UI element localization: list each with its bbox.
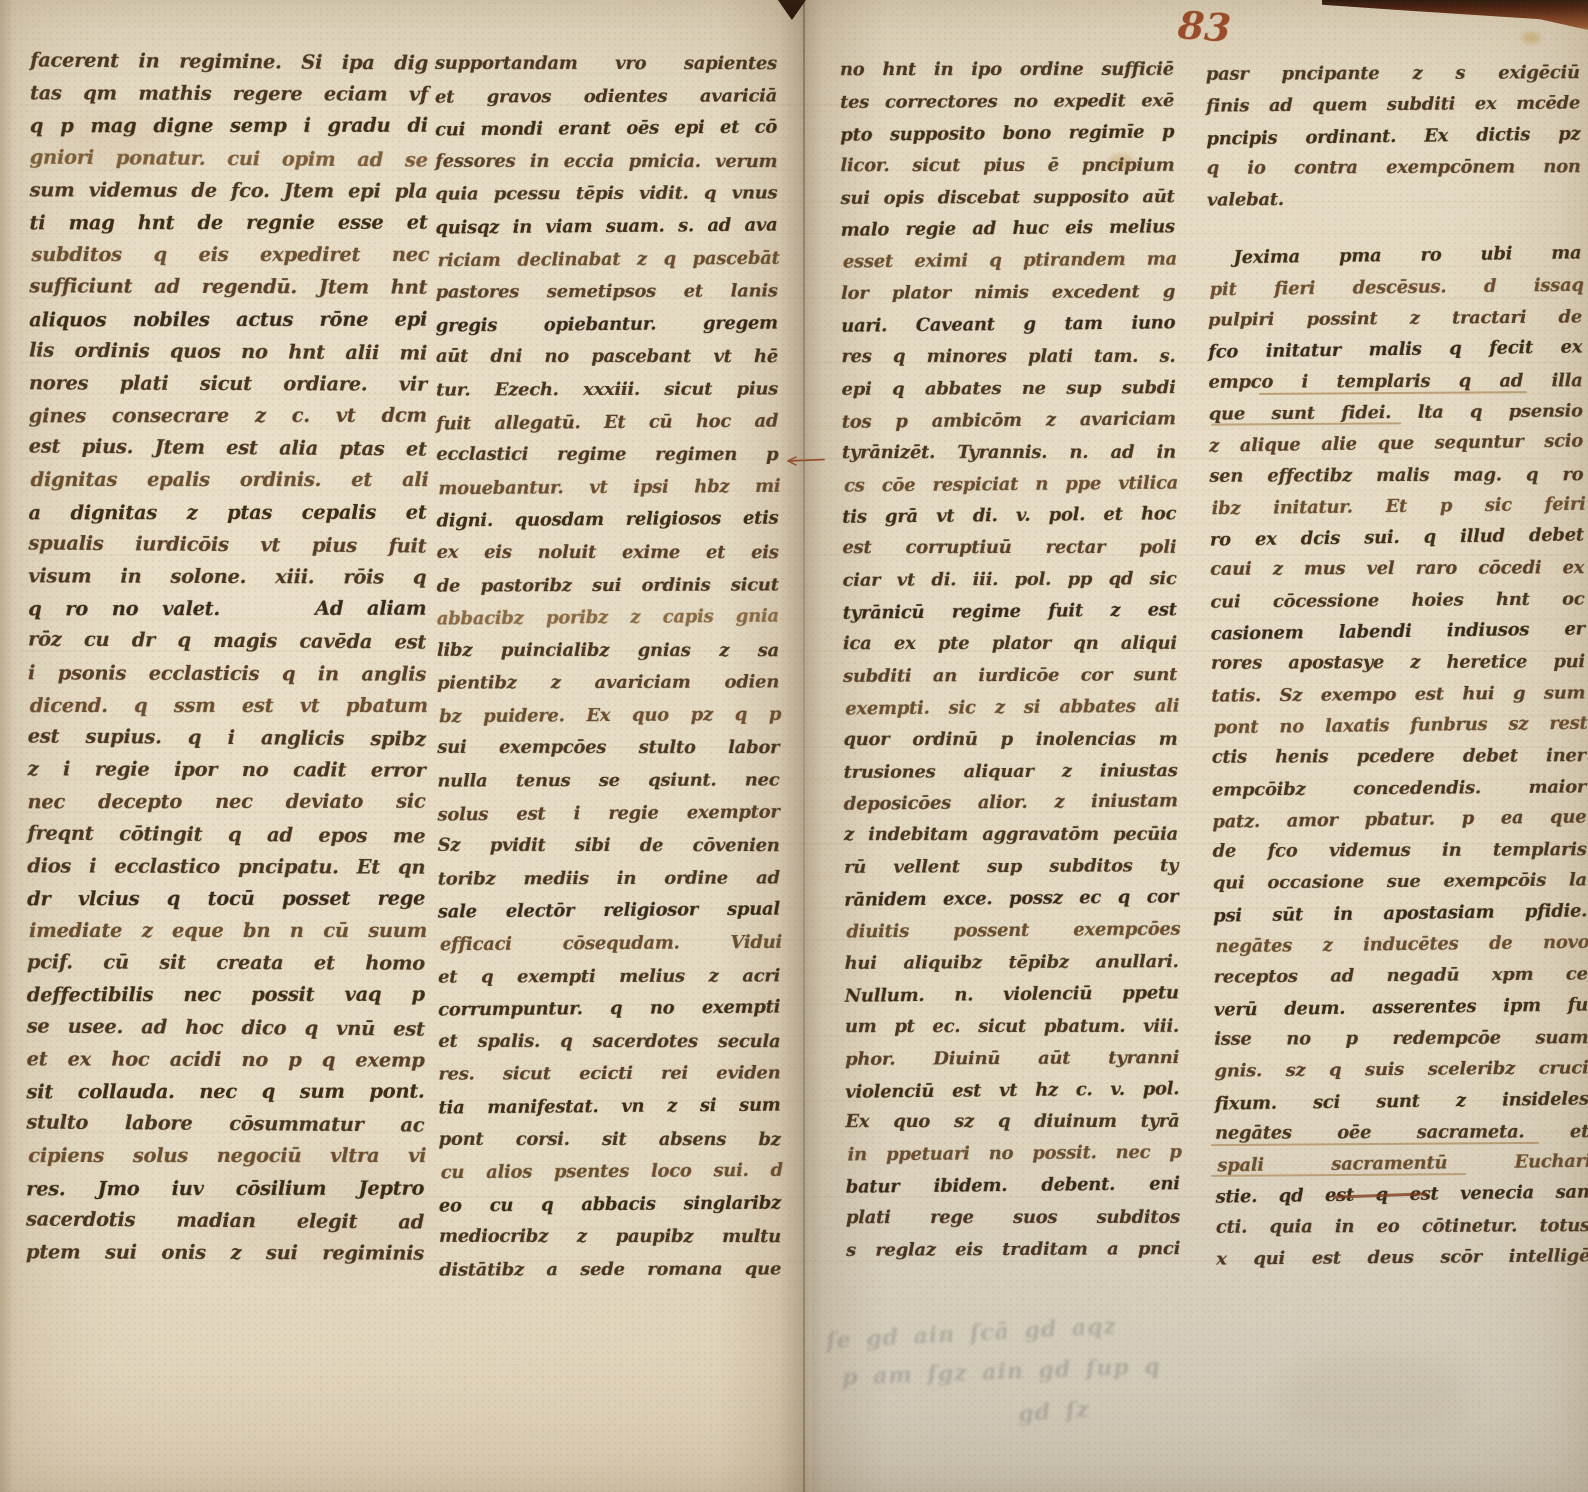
manuscript-text-line: in ppetuari no possit. nec p [847,1137,1181,1172]
manuscript-text-line: tatis. Sz exempo est hui g sum [1211,677,1585,712]
manuscript-text-line: ibz initatur. Et p sic feiri [1211,489,1585,525]
manuscript-text-line: tur. Ezech. xxxiii. sicut pius [436,373,778,407]
manuscript-text-line: empcōibz concedendis. maior [1212,771,1586,806]
gutter-crease-line [803,0,805,1492]
manuscript-text-line: ex eis noluit exime et eis [437,537,779,570]
manuscript-text-line: quia pcessu tēpis vidit. q vnus [435,178,777,212]
manuscript-text-line: toribz mediis in ordine ad [438,862,780,896]
text-column-2: supportandam vro sapienteset gravos odie… [435,47,781,1287]
manuscript-text-line: est corruptiuū rectar poli [842,532,1176,564]
manuscript-text-line: nec decepto nec deviato sic [27,786,425,819]
manuscript-text-line: aliquos nobiles actus rōne epi [29,303,427,336]
folio-number: 83 [1176,2,1232,51]
manuscript-text-line: stulto labore cōsummatur ac [26,1107,424,1142]
manuscript-text-line: phor. Diuinū aūt tyranni [845,1042,1179,1076]
manuscript-text-line: epi q abbates ne sup subdi [841,372,1175,406]
manuscript-text-line: pit fieri descēsus. d issaq [1210,269,1584,305]
manuscript-text-line: digni. quosdam religiosos etis [436,503,778,539]
manuscript-text-line: quisqz in viam suam. s. ad ava [435,209,777,245]
manuscript-text-line: de fco videmus in templaris [1213,834,1587,867]
manuscript-text-line: sit collauda. nec q sum pont. [26,1076,424,1109]
manuscript-text-line: pastores semetipsos et lanis [436,276,778,310]
manuscript-text-line: res. Jmo iuv cōsilium Jeptro [26,1172,424,1205]
manuscript-text-line: est pius. Jtem est alia ptas et [29,431,427,466]
manuscript-text-line: supportandam vro sapientes [435,48,777,81]
manuscript-text-line: no hnt in ipo ordine sufficiē [840,54,1174,86]
manuscript-text-line: nulla tenus se qsiunt. nec [437,764,779,798]
manuscript-text-line: efficaci cōsequdam. Vidui [440,927,782,962]
manuscript-text-line: plati rege suos subditos [846,1202,1180,1234]
manuscript-text-line: q io contra exempcōnem non [1207,151,1581,184]
manuscript-text-line: uari. Caveant g tam iuno [841,307,1175,342]
manuscript-text-line: licor. sicut pius ē pncipium [840,150,1174,182]
manuscript-text-line: patz. amor pbatur. p ea que [1212,801,1586,838]
manuscript-text-line: gregis opiebantur. gregem [436,307,778,343]
manuscript-text-line: Ex quo sz q diuinum tyrā [845,1106,1179,1138]
manuscript-text-line: mediocribz z paupibz multu [439,1221,781,1254]
manuscript-text-line: i psonis ecclasticis q in anglis [28,657,426,691]
manuscript-text-line: lis ordinis quos no hnt alii mi [29,334,427,369]
marginal-arrow-icon [784,454,828,468]
faded-ghost-text: ſe gd ain ſcā gd aqzp am ſgz ain gd ſup … [825,1303,1181,1441]
manuscript-text-line: malo regie ad huc eis melius [841,212,1175,247]
manuscript-text-line: trusiones aliquar z iniustas [844,755,1178,789]
manuscript-text-line: a dignitas z ptas cepalis et [28,496,426,529]
manuscript-text-line: tia manifestat. vn z si sum [438,1090,780,1126]
manuscript-text-line: libz puincialibz gnias z sa [437,635,779,668]
manuscript-text-line: gines consecrare z c. vt dcm [29,400,427,433]
manuscript-text-line: dignitas epalis ordinis. et ali [31,464,429,496]
manuscript-text-line: dios i ecclastico pncipatu. Et qn [27,850,425,884]
manuscript-text-line: z alique alie que sequntur scio [1209,426,1583,463]
manuscript-text-line: sacerdotis madian elegit ad [26,1203,424,1238]
manuscript-text-line: isse no p redempcōe suam [1214,1022,1588,1055]
manuscript-text-line: subditos q eis expediret nec [31,239,429,271]
manuscript-text-line: aūt dni no pascebant vt hē [436,341,778,374]
manuscript-text-line: pont corsi. sit absens bz [439,1123,781,1156]
manuscript-text-line: pasr pncipante z s exigēciū [1206,57,1580,90]
text-column-4: pasr pncipante z s exigēciūfinis ad quem… [1206,56,1588,1274]
manuscript-text-line: dr vlcius q tocū posset rege [27,883,425,916]
text-column-3: no hnt in ipo ordine sufficiētes correct… [840,53,1180,1267]
manuscript-text-line: deposicōes alior. z iniustam [844,786,1178,821]
manuscript-text-line: res. sicut ecicti rei eviden [438,1058,780,1092]
manuscript-text-line: Jexima pma ro ubi ma [1207,238,1581,275]
manuscript-text-line: pncipis ordinant. Ex dictis pz [1206,118,1580,155]
manuscript-text-line: violenciū est vt hz c. v. pol. [845,1073,1179,1108]
manuscript-text-line: x qui est deus scōr intelligē [1216,1240,1588,1275]
manuscript-text-line: ro ex dcis sui. q illud debet [1210,520,1584,557]
manuscript-text-line: rōz cu dr q magis cavēda est [28,624,426,659]
manuscript-text-line: cti. quia in eo cōtinetur. totus [1216,1210,1588,1243]
manuscript-text-line: finis ad quem subditi ex mcēde [1206,88,1580,123]
manuscript-text-line: diuitis possent exempcōes [846,914,1180,949]
manuscript-text-line: Sz pvidit sibi de cōvenien [438,830,780,863]
manuscript-text-line: q p mag digne semp i gradu di [30,110,428,143]
manuscript-text-line: um pt ec. sicut pbatum. viii. [845,1011,1179,1043]
manuscript-text-line: riciam declinabat z q pascebāt [437,242,779,277]
manuscript-text-line: visum in solone. xiii. rōis q [28,560,426,594]
manuscript-text-line: dicend. q ssm est vt pbatum [30,690,428,722]
manuscript-text-line: rores apostasye z heretice pui [1211,647,1585,680]
manuscript-text-line: valebat. [1207,182,1581,217]
manuscript-text-line: Nullum. n. violenciū ppetu [845,977,1179,1012]
manuscript-text-line: ica ex pte plator qn aliqui [843,628,1177,660]
manuscript-text-line: s reglaz eis traditam a pnci [846,1233,1180,1267]
manuscript-text-line: z indebitam aggravatōm pecūia [844,819,1178,851]
manuscript-text-line: receptos ad negadū xpm ce [1214,959,1588,994]
manuscript-text-line: exempti. sic z si abbates ali [845,690,1179,725]
manuscript-text-line: fco initatur malis q fecit ex [1208,332,1582,369]
manuscript-text-line: fixum. sci sunt z insideles [1215,1083,1588,1120]
manuscript-text-line: fessores in eccia pmicia. verum [435,146,777,179]
manuscript-text-line: lor plator nimis excedent g [841,276,1175,310]
manuscript-text-line: pulpiri possint z tractari de [1208,301,1582,336]
manuscript-text-line: gniori ponatur. cui opim ad se [30,141,428,176]
manuscript-text-line: qui occasione sue exempcōis la [1213,865,1587,900]
manuscript-text-line: tyrānizēt. Tyrannis. n. ad in [842,437,1176,469]
manuscript-text-line: fuit allegatū. Et cū hoc ad [436,405,778,441]
manuscript-text-line: cu alios psentes loco sui. d [441,1155,783,1190]
manuscript-text-line: subditi an iurdicōe cor sunt [843,659,1177,693]
manuscript-text-line: est supius. q i anglicis spibz [28,720,426,755]
manuscript-text-line: hui aliquibz tēpibz anullari. [845,946,1179,980]
manuscript-text-line: psi sūt in apostasiam pfidie. [1213,895,1587,932]
manuscript-text-line: sui opis discebat supposito aūt [840,181,1174,215]
manuscript-text-line: abbacibz poribz z capis gnia [437,601,779,637]
manuscript-text-line: verū deum. asserentes ipm fu [1214,989,1588,1026]
manuscript-text-line: tas qm mathis regere eciam vf [30,77,428,111]
manuscript-text-line: pont no laxatis funbrus sz rest [1213,708,1587,744]
text-column-1: facerent in regimine. Si ipa digtas qm m… [26,45,428,1270]
manuscript-text-line: negātes z inducētes de novo [1215,927,1588,963]
manuscript-text-line: cs cōe respiciat n ppe vtilica [844,467,1178,502]
manuscript-text-line: et gravos odientes avariciā [435,80,777,114]
manuscript-text-line: solus est i regie exemptor [437,796,779,832]
manuscript-text-line: et ex hoc acidi no p q exemp [27,1043,425,1077]
manuscript-text-line: sufficiunt ad regendū. Jtem hnt [29,271,427,305]
manuscript-text-line: sen effectibz malis mag. q ro [1209,459,1583,492]
manuscript-text-line: ecclastici regime regimen p [436,439,778,472]
manuscript-text-line: se usee. ad hoc dico q vnū est [27,1010,425,1045]
manuscript-text-line: corrumpuntur. q no exempti [438,992,780,1028]
manuscript-text-line: pientibz z avariciam odien [437,667,779,701]
manuscript-text-line: caui z mus vel raro cōcedi ex [1210,553,1584,586]
manuscript-text-line: rū vellent sup subditos ty [844,850,1178,884]
manuscript-text-line: tos p ambicōm z avariciam [842,403,1176,438]
manuscript-text-line: res q minores plati tam. s. [841,341,1175,373]
manuscript-text-line: quor ordinū p inolencias m [843,724,1177,756]
manuscript-text-line: eo cu q abbacis singlaribz [439,1187,781,1223]
manuscript-text-line: q ro no valet. Ad aliam [28,593,426,626]
manuscript-text-line: gnis. sz q suis sceleribz cruci [1214,1053,1588,1088]
manuscript-text-line: esset eximi q ptirandem ma [843,244,1177,279]
manuscript-text-line: rānidem exce. possz ec q cor [844,881,1178,916]
manuscript-spread: 83 facerent in regimine. Si ipa digtas q… [0,0,1588,1492]
manuscript-text-line: de pastoribz sui ordinis sicut [437,569,779,603]
manuscript-text-line: freqnt cōtingit q ad epos me [27,817,425,852]
manuscript-text-line: spualis iurdicōis vt pius fuit [28,527,426,562]
manuscript-text-line: pto supposito bono regimīe p [840,116,1174,151]
manuscript-text-line: et q exempti melius z acri [438,960,780,994]
manuscript-text-line: tes correctores no expedit exē [840,85,1174,119]
manuscript-text-line: nores plati sicut ordiare. vir [29,367,427,401]
manuscript-text-line: tyrānicū regime fuit z est [843,594,1177,629]
manuscript-text-line: z i regie ipor no cadit error [28,753,426,787]
manuscript-text-line: ptem sui onis z sui regiminis [26,1236,424,1270]
manuscript-text-line: batur ibidem. debent. eni [846,1168,1180,1203]
manuscript-text-line: bz puidere. Ex quo pz q p [439,699,781,734]
manuscript-text-line: imediate z eque bn n cū suum [29,915,427,947]
manuscript-text-line: sale electōr religiosor spual [438,894,780,930]
manuscript-text-line: et spalis. q sacerdotes secula [438,1026,780,1059]
left-page-edge-shade [0,0,14,1492]
manuscript-text-line: ciar vt di. iii. pol. pp qd sic [843,563,1177,597]
manuscript-text-line: cui cōcessione hoies hnt oc [1210,583,1584,618]
manuscript-text-line: cui mondi erant oēs epi et cō [435,112,777,148]
manuscript-text-line: casionem labendi indiusos er [1211,613,1585,650]
manuscript-text-line: tis grā vt di. v. pol. et hoc [842,499,1176,534]
manuscript-text-line: pcif. cū sit creata et homo [27,947,425,981]
manuscript-text-line: sui exempcōes stulto labor [437,732,779,765]
manuscript-text-line: sum videmus de fco. Jtem epi pla [30,174,428,208]
manuscript-text-line: deffectibilis nec possit vaq p [27,979,425,1012]
manuscript-text-line: ti mag hnt de regnie esse et [29,207,427,240]
manuscript-text-line: facerent in regimine. Si ipa dig [30,44,428,79]
manuscript-text-line: ctis henis pcedere debet iner [1212,740,1586,773]
manuscript-text-line: cipiens solus negociū vltra vi [28,1140,426,1172]
manuscript-text-line: distātibz a sede romana que [439,1253,781,1287]
manuscript-text-line: mouebantur. vt ipsi hbz mi [438,471,780,506]
